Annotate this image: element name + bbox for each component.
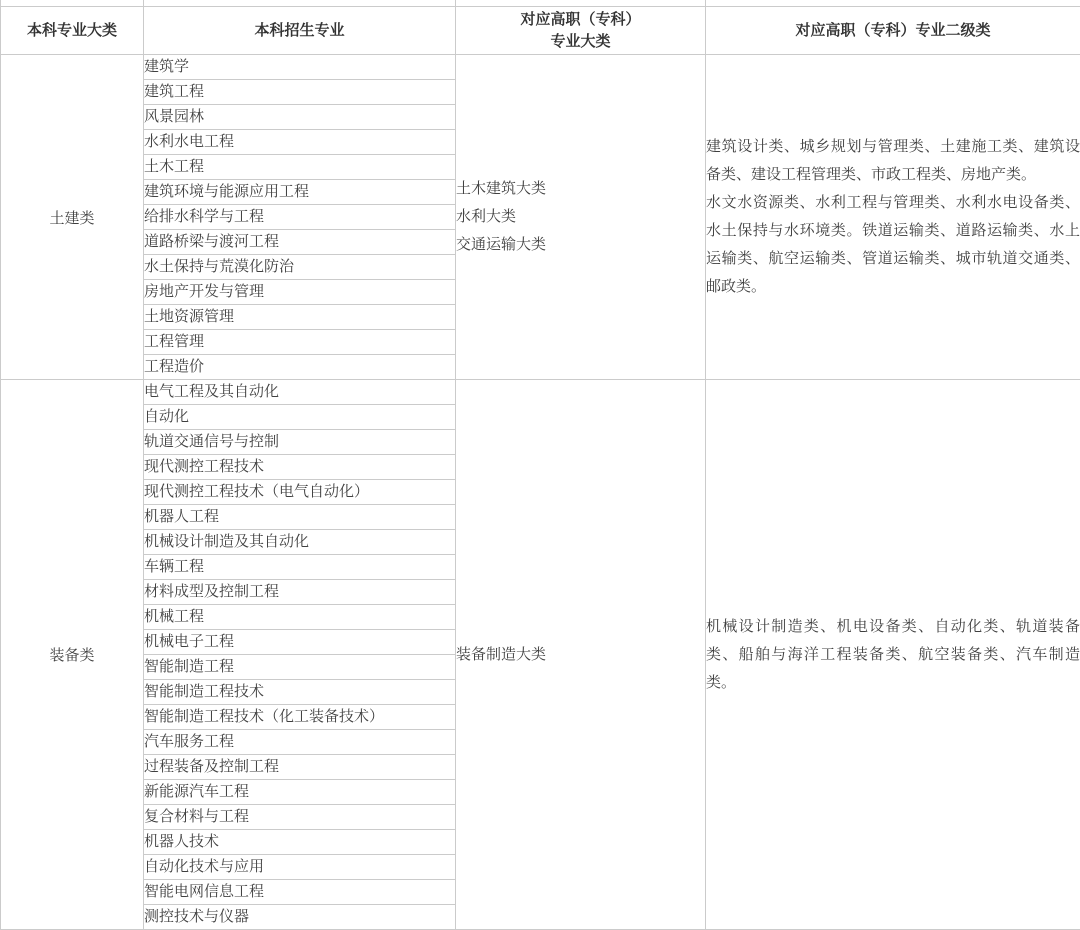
undergrad-major-cell: 智能制造工程技术 xyxy=(144,680,456,705)
undergrad-major-cell: 工程管理 xyxy=(144,330,456,355)
vocational-category-line: 交通运输大类 xyxy=(456,231,705,259)
undergrad-major-cell: 现代测控工程技术 xyxy=(144,455,456,480)
undergrad-major-cell: 房地产开发与管理 xyxy=(144,280,456,305)
table-body: 土建类建筑学土木建筑大类水利大类交通运输大类建筑设计类、城乡规划与管理类、土建施… xyxy=(1,55,1080,930)
undergrad-major-cell: 建筑学 xyxy=(144,55,456,80)
table-row: 土建类建筑学土木建筑大类水利大类交通运输大类建筑设计类、城乡规划与管理类、土建施… xyxy=(1,55,1080,80)
undergrad-major-cell: 机械设计制造及其自动化 xyxy=(144,530,456,555)
undergrad-major-cell: 水利水电工程 xyxy=(144,130,456,155)
table-header-row: 本科专业大类 本科招生专业 对应高职（专科） 专业大类 对应高职（专科）专业二级… xyxy=(1,7,1080,55)
vocational-category-line: 装备制造大类 xyxy=(456,641,705,669)
undergrad-major-cell: 自动化技术与应用 xyxy=(144,855,456,880)
undergrad-major-cell: 智能电网信息工程 xyxy=(144,880,456,905)
undergrad-major-cell: 汽车服务工程 xyxy=(144,730,456,755)
undergrad-major-cell: 机器人工程 xyxy=(144,505,456,530)
major-mapping-table: 本科专业大类 本科招生专业 对应高职（专科） 专业大类 对应高职（专科）专业二级… xyxy=(0,0,1080,930)
undergrad-major-cell: 新能源汽车工程 xyxy=(144,780,456,805)
undergrad-major-cell: 机器人技术 xyxy=(144,830,456,855)
header-vocational-secondary: 对应高职（专科）专业二级类 xyxy=(706,7,1080,55)
undergrad-major-cell: 建筑工程 xyxy=(144,80,456,105)
header-undergrad-category: 本科专业大类 xyxy=(1,7,144,55)
undergrad-major-cell: 车辆工程 xyxy=(144,555,456,580)
header-vocational-category-line2: 专业大类 xyxy=(456,31,705,53)
vocational-category-line: 水利大类 xyxy=(456,203,705,231)
header-vocational-category-line1: 对应高职（专科） xyxy=(456,9,705,31)
undergrad-major-cell: 工程造价 xyxy=(144,355,456,380)
vocational-secondary-cell: 机械设计制造类、机电设备类、自动化类、轨道装备类、船舶与海洋工程装备类、航空装备… xyxy=(706,380,1080,930)
header-vocational-category: 对应高职（专科） 专业大类 xyxy=(456,7,706,55)
undergrad-major-cell: 现代测控工程技术（电气自动化） xyxy=(144,480,456,505)
undergrad-major-cell: 水土保持与荒漠化防治 xyxy=(144,255,456,280)
undergrad-category-cell: 装备类 xyxy=(1,380,144,930)
vocational-secondary-paragraph: 机械设计制造类、机电设备类、自动化类、轨道装备类、船舶与海洋工程装备类、航空装备… xyxy=(706,613,1080,697)
undergrad-major-cell: 机械工程 xyxy=(144,605,456,630)
vocational-secondary-paragraph: 建筑设计类、城乡规划与管理类、土建施工类、建筑设备类、建设工程管理类、市政工程类… xyxy=(706,133,1080,189)
major-mapping-page: 本科专业大类 本科招生专业 对应高职（专科） 专业大类 对应高职（专科）专业二级… xyxy=(0,0,1080,930)
undergrad-major-cell: 电气工程及其自动化 xyxy=(144,380,456,405)
undergrad-major-cell: 复合材料与工程 xyxy=(144,805,456,830)
undergrad-major-cell: 智能制造工程技术（化工装备技术） xyxy=(144,705,456,730)
undergrad-major-cell: 土木工程 xyxy=(144,155,456,180)
undergrad-major-cell: 机械电子工程 xyxy=(144,630,456,655)
vocational-secondary-cell: 建筑设计类、城乡规划与管理类、土建施工类、建筑设备类、建设工程管理类、市政工程类… xyxy=(706,55,1080,380)
vocational-category-cell: 装备制造大类 xyxy=(456,380,706,930)
undergrad-major-cell: 过程装备及控制工程 xyxy=(144,755,456,780)
vocational-category-cell: 土木建筑大类水利大类交通运输大类 xyxy=(456,55,706,380)
undergrad-major-cell: 材料成型及控制工程 xyxy=(144,580,456,605)
undergrad-major-cell: 道路桥梁与渡河工程 xyxy=(144,230,456,255)
table-row: 装备类电气工程及其自动化装备制造大类机械设计制造类、机电设备类、自动化类、轨道装… xyxy=(1,380,1080,405)
undergrad-major-cell: 给排水科学与工程 xyxy=(144,205,456,230)
undergrad-major-cell: 轨道交通信号与控制 xyxy=(144,430,456,455)
undergrad-major-cell: 土地资源管理 xyxy=(144,305,456,330)
header-undergrad-majors: 本科招生专业 xyxy=(144,7,456,55)
undergrad-major-cell: 风景园林 xyxy=(144,105,456,130)
undergrad-major-cell: 智能制造工程 xyxy=(144,655,456,680)
vocational-secondary-paragraph: 水文水资源类、水利工程与管理类、水利水电设备类、水土保持与水环境类。铁道运输类、… xyxy=(706,189,1080,301)
undergrad-category-cell: 土建类 xyxy=(1,55,144,380)
undergrad-major-cell: 建筑环境与能源应用工程 xyxy=(144,180,456,205)
undergrad-major-cell: 自动化 xyxy=(144,405,456,430)
vocational-category-line: 土木建筑大类 xyxy=(456,175,705,203)
undergrad-major-cell: 测控技术与仪器 xyxy=(144,905,456,930)
